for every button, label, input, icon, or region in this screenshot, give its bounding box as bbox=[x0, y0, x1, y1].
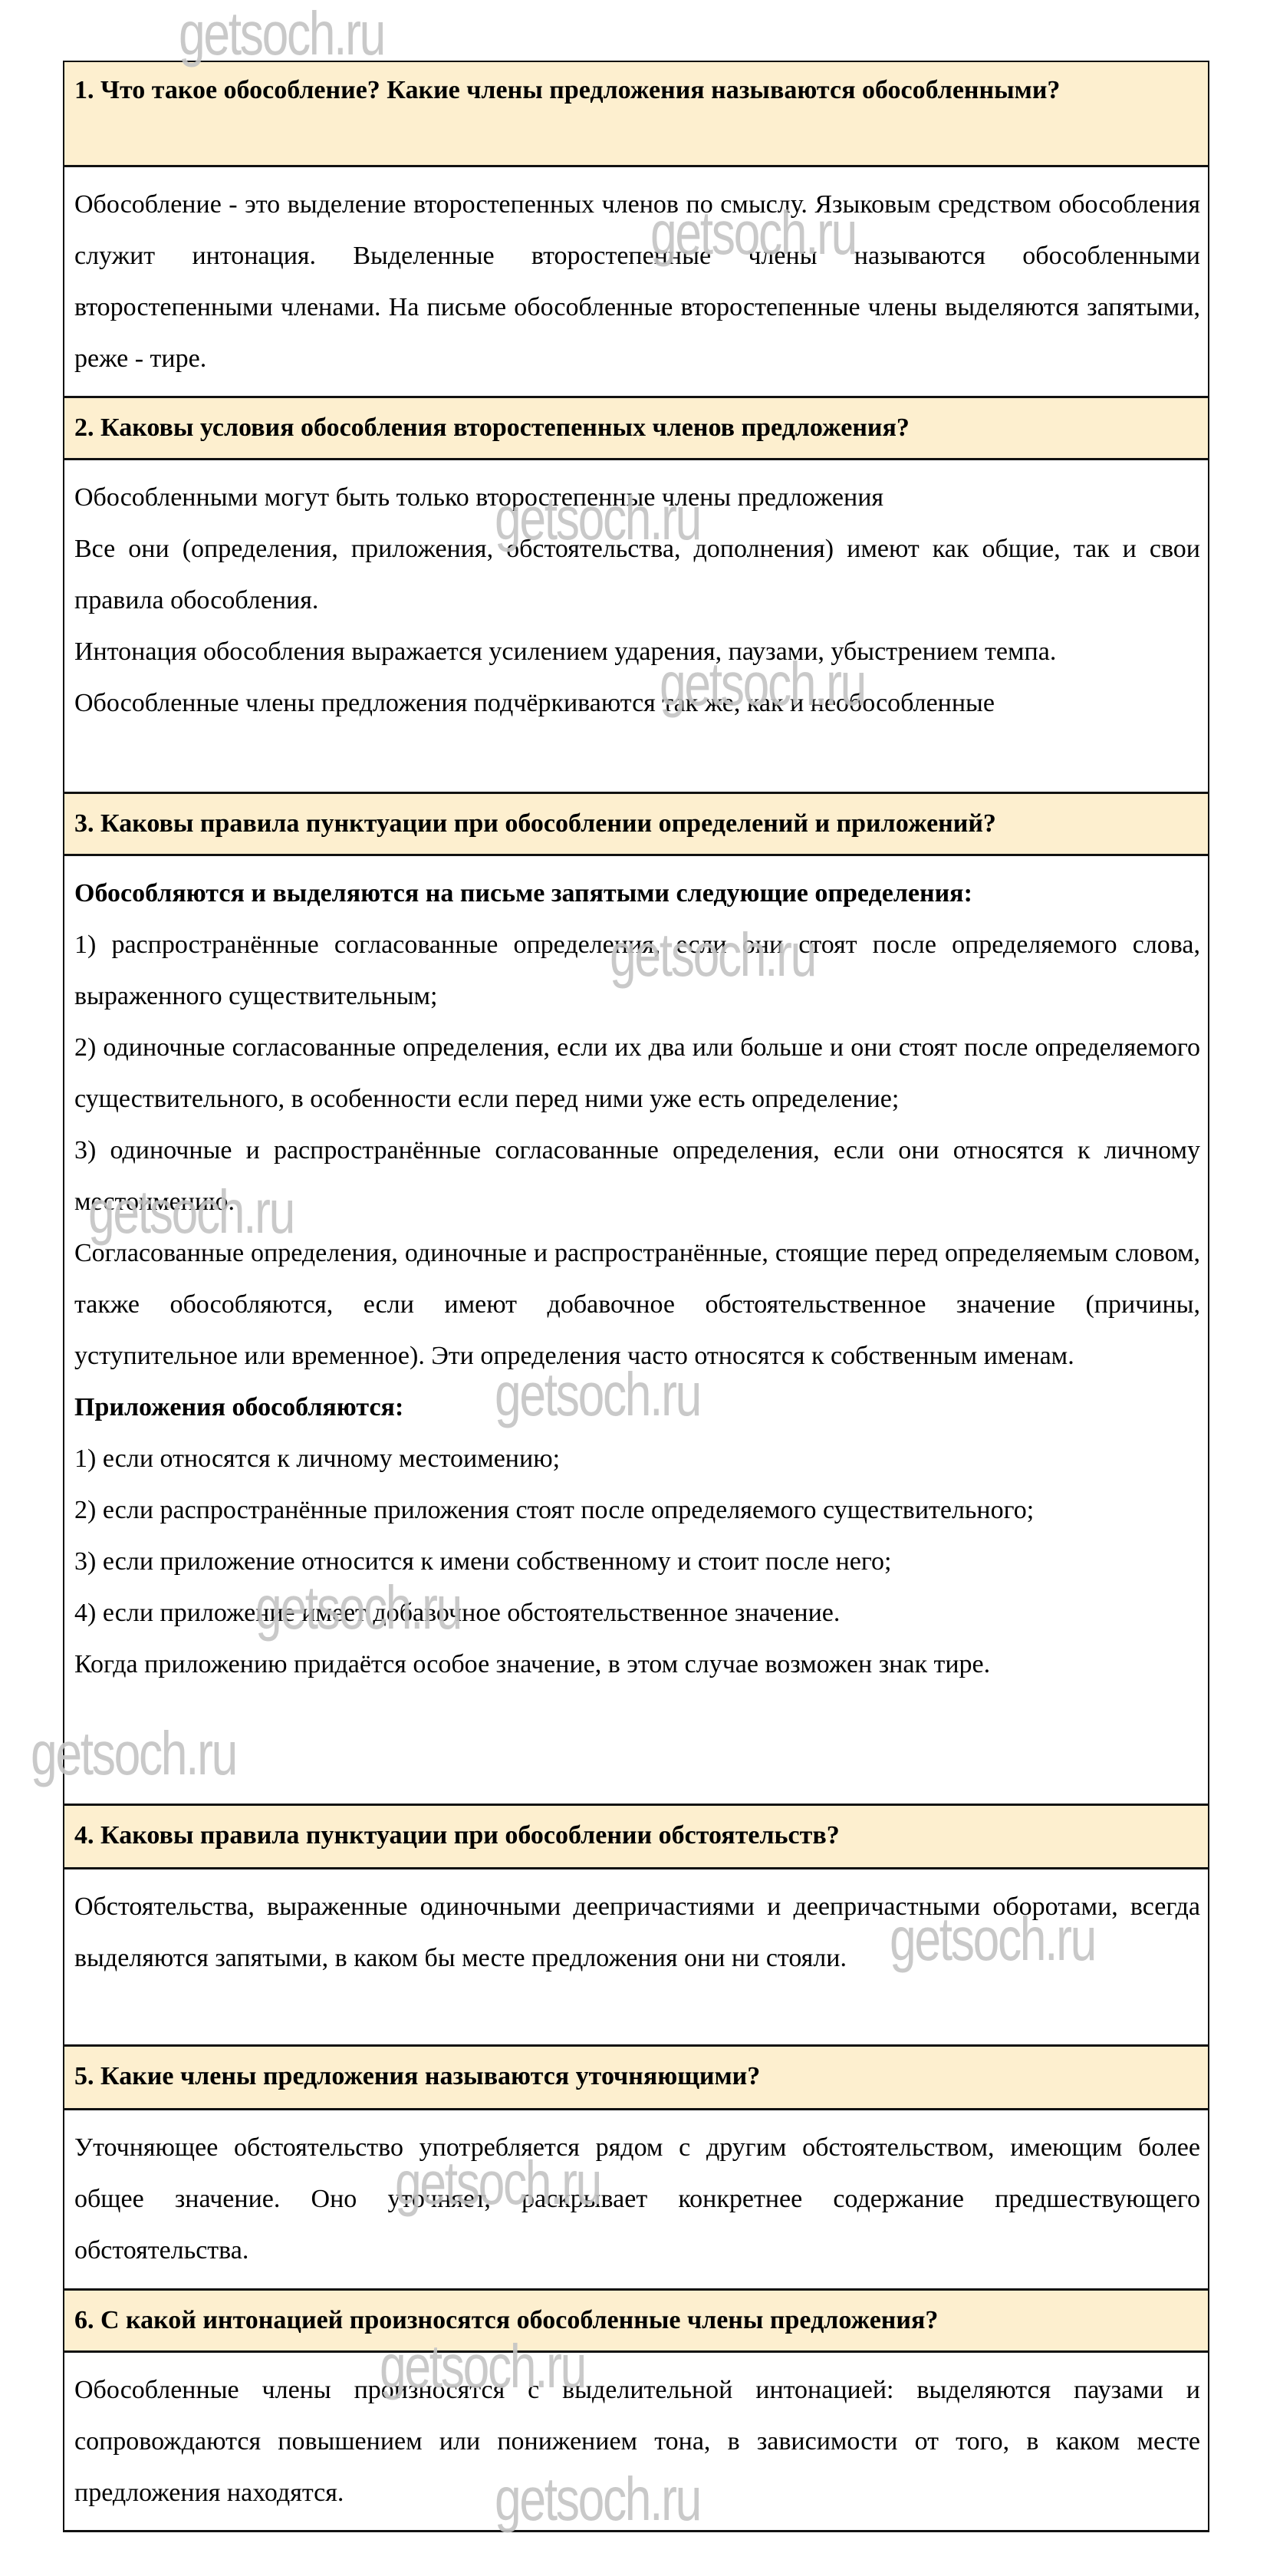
question-1: 1. Что такое обособление? Какие члены пр… bbox=[64, 62, 1208, 167]
answer-paragraph: Согласованные определения, одиночные и р… bbox=[74, 1227, 1200, 1382]
answer-paragraph: 1) распространённые согласованные опреде… bbox=[74, 919, 1200, 1022]
answer-paragraph: Обособленными могут быть только второсте… bbox=[74, 472, 1200, 523]
answer-paragraph: Обособленные члены предложения подчёркив… bbox=[74, 677, 1200, 729]
answer-paragraph: 3) одиночные и распространённые согласов… bbox=[74, 1125, 1200, 1227]
answer-paragraph: Когда приложению придаётся особое значен… bbox=[74, 1639, 1200, 1690]
definitions-subheading: Обособляются и выделяются на письме запя… bbox=[74, 868, 1200, 919]
answer-paragraph: 2) одиночные согласованные определения, … bbox=[74, 1022, 1200, 1125]
answer-5: Уточняющее обстоятельство употребляется … bbox=[64, 2110, 1208, 2291]
answer-paragraph: Обособление - это выделение второстепенн… bbox=[74, 179, 1200, 384]
qa-table: 1. Что такое обособление? Какие члены пр… bbox=[63, 61, 1209, 2532]
answer-paragraph: Интонация обособления выражается усилени… bbox=[74, 626, 1200, 677]
watermark: getsoch.ru bbox=[179, 3, 384, 64]
answer-paragraph: 2) если распространённые приложения стоя… bbox=[74, 1484, 1200, 1536]
question-6: 6. С какой интонацией произносятся обосо… bbox=[64, 2291, 1208, 2353]
answer-paragraph: 1) если относятся к личному местоимению; bbox=[74, 1433, 1200, 1484]
question-4: 4. Каковы правила пунктуации при обособл… bbox=[64, 1806, 1208, 1869]
answer-paragraph: 3) если приложение относится к имени соб… bbox=[74, 1536, 1200, 1587]
answer-2: Обособленными могут быть только второсте… bbox=[64, 460, 1208, 794]
answer-paragraph: Уточняющее обстоятельство употребляется … bbox=[74, 2122, 1200, 2276]
answer-paragraph: Обстоятельства, выраженные одиночными де… bbox=[74, 1881, 1200, 1984]
question-2: 2. Каковы условия обособления второстепе… bbox=[64, 398, 1208, 460]
answer-paragraph: Обособленные члены произносятся с выдели… bbox=[74, 2364, 1200, 2518]
answer-6: Обособленные члены произносятся с выдели… bbox=[64, 2353, 1208, 2532]
answer-paragraph: 4) если приложение имеет добавочное обст… bbox=[74, 1587, 1200, 1639]
answer-4: Обстоятельства, выраженные одиночными де… bbox=[64, 1869, 1208, 2047]
question-3: 3. Каковы правила пунктуации при обособл… bbox=[64, 794, 1208, 856]
question-5: 5. Какие члены предложения называются ут… bbox=[64, 2047, 1208, 2110]
appositions-subheading: Приложения обособляются: bbox=[74, 1382, 1200, 1433]
answer-3: Обособляются и выделяются на письме запя… bbox=[64, 856, 1208, 1806]
answer-paragraph: Все они (определения, приложения, обстоя… bbox=[74, 523, 1200, 626]
answer-1: Обособление - это выделение второстепенн… bbox=[64, 167, 1208, 398]
